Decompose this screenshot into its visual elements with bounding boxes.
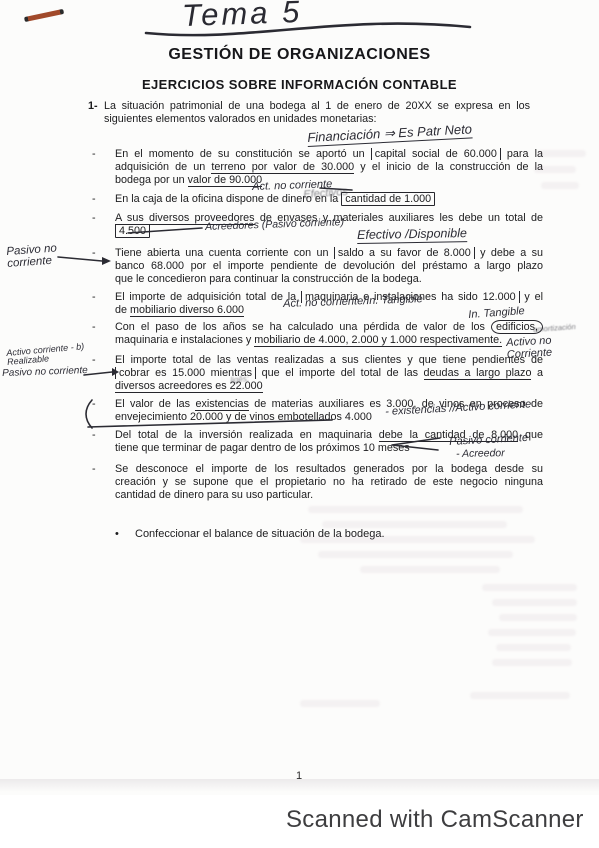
text-segment: maquinaria e instalaciones y [115,334,254,346]
text-segment: Con el paso de los años se ha calculado … [115,321,491,333]
bleedthrough-mark [322,521,507,528]
bullet-dash: - [92,212,96,225]
text-segment: cantidad de dinero para su uso particula… [115,489,313,501]
bleedthrough-mark [492,599,577,606]
text-line: Tiene abierta una cuenta corriente con u… [115,247,543,260]
bleedthrough-mark [488,629,576,636]
bleedthrough-mark [300,700,380,707]
text-line: Se desconoce el importe de los resultado… [115,463,543,476]
bleedthrough-mark [318,551,513,558]
text-segment: Se desconoce el importe de los resultado… [115,463,543,475]
text-line: La situación patrimonial de una bodega a… [104,100,530,113]
text-segment: y el [520,291,543,303]
bullet-dash: - [92,398,96,411]
bullet-dash: - [92,321,96,334]
bullet-item: -Se desconoce el importe de los resultad… [115,463,543,503]
text-segment: bodega por un [115,174,188,186]
text-segment: En el momento de su constitución se apor… [115,148,371,160]
handwritten-note-activo-nc: Activo no Corriente [506,334,581,361]
bleedthrough-mark [534,166,576,173]
text-segment: Tiene abierta una cuenta corriente con u… [115,247,334,259]
marked-text-box: cantidad de 1.000 [341,192,435,206]
handwritten-note-acreedor: - Acreedor [456,448,505,460]
text-segment: creación y se supone que el propietario … [115,476,543,488]
bleedthrough-mark [482,584,577,591]
text-line: banco 68.000 por el importe pendiente de… [115,260,543,273]
bullet-dash: - [92,148,96,161]
text-line: cobrar es 15.000 mientras que el importe… [115,367,543,380]
text-line: maquinaria e instalaciones y mobiliario … [115,334,543,347]
text-segment: para la [501,148,543,160]
page-subtitle: EJERCICIOS SOBRE INFORMACIÓN CONTABLE [0,77,599,92]
bleedthrough-mark [496,644,571,651]
text-segment: envejecimiento 20.000 y de vinos embotel… [115,411,372,423]
text-line: creación y se supone que el propietario … [115,476,543,489]
page-number: 1 [296,770,302,782]
bullet-item: -Con el paso de los años se ha calculado… [115,321,543,347]
text-segment: tiene que terminar de pagar dentro de lo… [115,442,410,454]
text-segment: El valor de las [115,398,195,410]
text-segment: adquisición de un [115,161,211,173]
marked-text-underline: mobiliario diverso 6.000 [130,304,244,317]
text-line: que le concedieron para continuar la con… [115,273,543,286]
document-scan: Tema 5 GESTIÓN DE ORGANIZACIONES EJERCIC… [0,0,599,795]
handwritten-note-pasivo-nc-margin: Pasivo no corriente [6,242,72,271]
handwritten-note-efectivo-disponible: Efectivo /Disponible [357,227,467,244]
bullet-item: -Tiene abierta una cuenta corriente con … [115,247,543,287]
bleedthrough-mark [308,506,523,513]
marked-text-underline: mobiliario de 4.000, 2.000 y 1.000 respe… [254,334,502,347]
bullet-dash: - [92,463,96,476]
text-line: cantidad de dinero para su uso particula… [115,489,543,502]
page-title: GESTIÓN DE ORGANIZACIONES [0,46,599,64]
text-segment: El importe total de las ventas realizada… [115,354,543,366]
text-line: En el momento de su constitución se apor… [115,148,543,161]
handwritten-title: Tema 5 [181,0,302,34]
text-segment: siguientes elementos valorados en unidad… [104,113,377,125]
text-segment: banco 68.000 por el importe pendiente de… [115,260,543,272]
handwritten-note-pasivo-nc-margin2: Pasivo no corriente [2,366,88,379]
text-segment: El importe de adquisición total de la [115,291,301,303]
text-segment: que el importe del total de las [256,367,423,379]
text-line: adquisición de un terreno por valor de 3… [115,161,543,174]
bleedthrough-mark [541,182,579,189]
bullet-dash: - [92,429,96,442]
text-segment: y el inicio de la construcción de la [354,161,543,173]
bullet-dash: - [92,291,96,304]
handwritten-note-activo-corriente-realizable: Activo corriente - b) Realizable [6,339,125,368]
text-segment: y debe a su [475,247,543,259]
bullet-item: -El importe total de las ventas realizad… [115,354,543,394]
bullet-dot: • [115,528,119,540]
pen-corner-mark [24,9,64,22]
camscanner-footer: Scanned with CamScanner [286,806,584,834]
bleedthrough-mark [538,150,586,157]
bleedthrough-mark [470,692,570,699]
bleedthrough-mark [300,536,535,543]
exercise-number: 1- [88,100,98,113]
bullet-dash: - [92,247,96,260]
bleedthrough-mark [492,659,572,666]
text-segment: de [115,304,130,316]
marked-text-box: 4.500 [115,224,150,238]
text-segment: que le concedieron para continuar la con… [115,273,422,285]
marked-text-underline: valor de 90.000 [188,174,262,187]
text-segment: a [531,367,543,379]
bleedthrough-mark [499,614,577,621]
text-line: El importe total de las ventas realizada… [115,354,543,367]
arrowhead-icon [102,257,111,265]
text-segment: Del total de la inversión realizada en m… [115,429,379,441]
text-line: Con el paso de los años se ha calculado … [115,321,543,334]
bleedthrough-mark [360,566,500,573]
marked-text-underline: terreno por valor de 30.000 [211,161,354,174]
text-line: diversos acreedores es 22.000 [115,380,543,393]
marked-text-bars: capital social de 60.000 [371,148,501,160]
bullet-dash: - [92,193,96,206]
handwritten-note-financiacion: Financiación ⇒ Es Patr Neto [307,122,472,146]
marked-text-bars: saldo a su favor de 8.000 [334,247,475,259]
marked-text-underline: existencias [195,398,248,411]
handwritten-note-amortizacion: amortización [533,323,576,334]
text-segment: La situación patrimonial de una bodega a… [104,100,530,112]
marked-text-underline: deudas a largo plazo [424,367,532,380]
